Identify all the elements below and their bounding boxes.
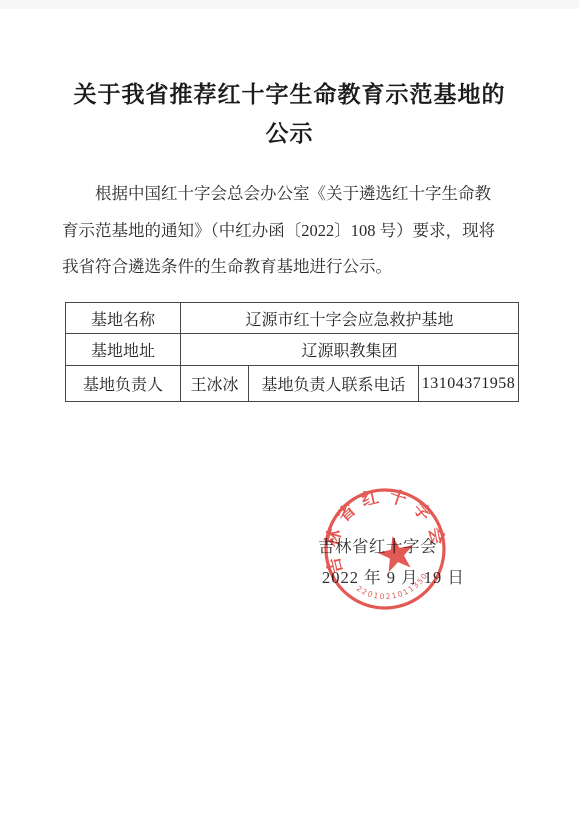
notice-body: 根据中国红十字会总会办公室《关于遴选红十字生命教 育示范基地的通知》（中红办函〔… <box>62 176 518 286</box>
base-address-label: 基地地址 <box>66 334 181 366</box>
body-line: 育示范基地的通知》（中红办函〔2022〕108 号）要求，现将 <box>62 213 518 250</box>
notice-title-line1: 关于我省推荐红十字生命教育示范基地的 <box>30 75 549 114</box>
base-address-value: 辽源职教集团 <box>181 334 519 366</box>
manager-phone-label: 基地负责人联系电话 <box>249 366 419 402</box>
seal-star-icon <box>375 532 418 573</box>
base-info-table: 基地名称 辽源市红十字会应急救护基地 基地地址 辽源职教集团 基地负责人 王冰冰… <box>65 302 519 402</box>
table-row-base-manager: 基地负责人 王冰冰 基地负责人联系电话 13104371958 <box>66 366 519 402</box>
seal-ring-text: 吉林省红十字会 <box>310 474 450 576</box>
base-name-value: 辽源市红十字会应急救护基地 <box>181 303 519 334</box>
body-line: 根据中国红十字会总会办公室《关于遴选红十字生命教 <box>62 176 518 213</box>
table-row-base-name: 基地名称 辽源市红十字会应急救护基地 <box>66 303 519 334</box>
notice-title-line2: 公示 <box>30 114 549 153</box>
base-manager-value: 王冰冰 <box>181 366 249 402</box>
body-line: 我省符合遴选条件的生命教育基地进行公示。 <box>62 249 518 286</box>
manager-phone-value: 13104371958 <box>419 366 519 402</box>
notice-title: 关于我省推荐红十字生命教育示范基地的 公示 <box>30 75 549 153</box>
document-page: 关于我省推荐红十字生命教育示范基地的 公示 根据中国红十字会总会办公室《关于遴选… <box>0 0 579 834</box>
seal-serial-number: 2201021011350 <box>353 569 433 608</box>
official-seal: 吉林省红十字会 2201021011350 <box>302 466 468 632</box>
base-manager-label: 基地负责人 <box>66 366 181 402</box>
base-name-label: 基地名称 <box>66 303 181 334</box>
table-row-base-address: 基地地址 辽源职教集团 <box>66 334 519 366</box>
scan-edge-strip <box>0 0 579 9</box>
